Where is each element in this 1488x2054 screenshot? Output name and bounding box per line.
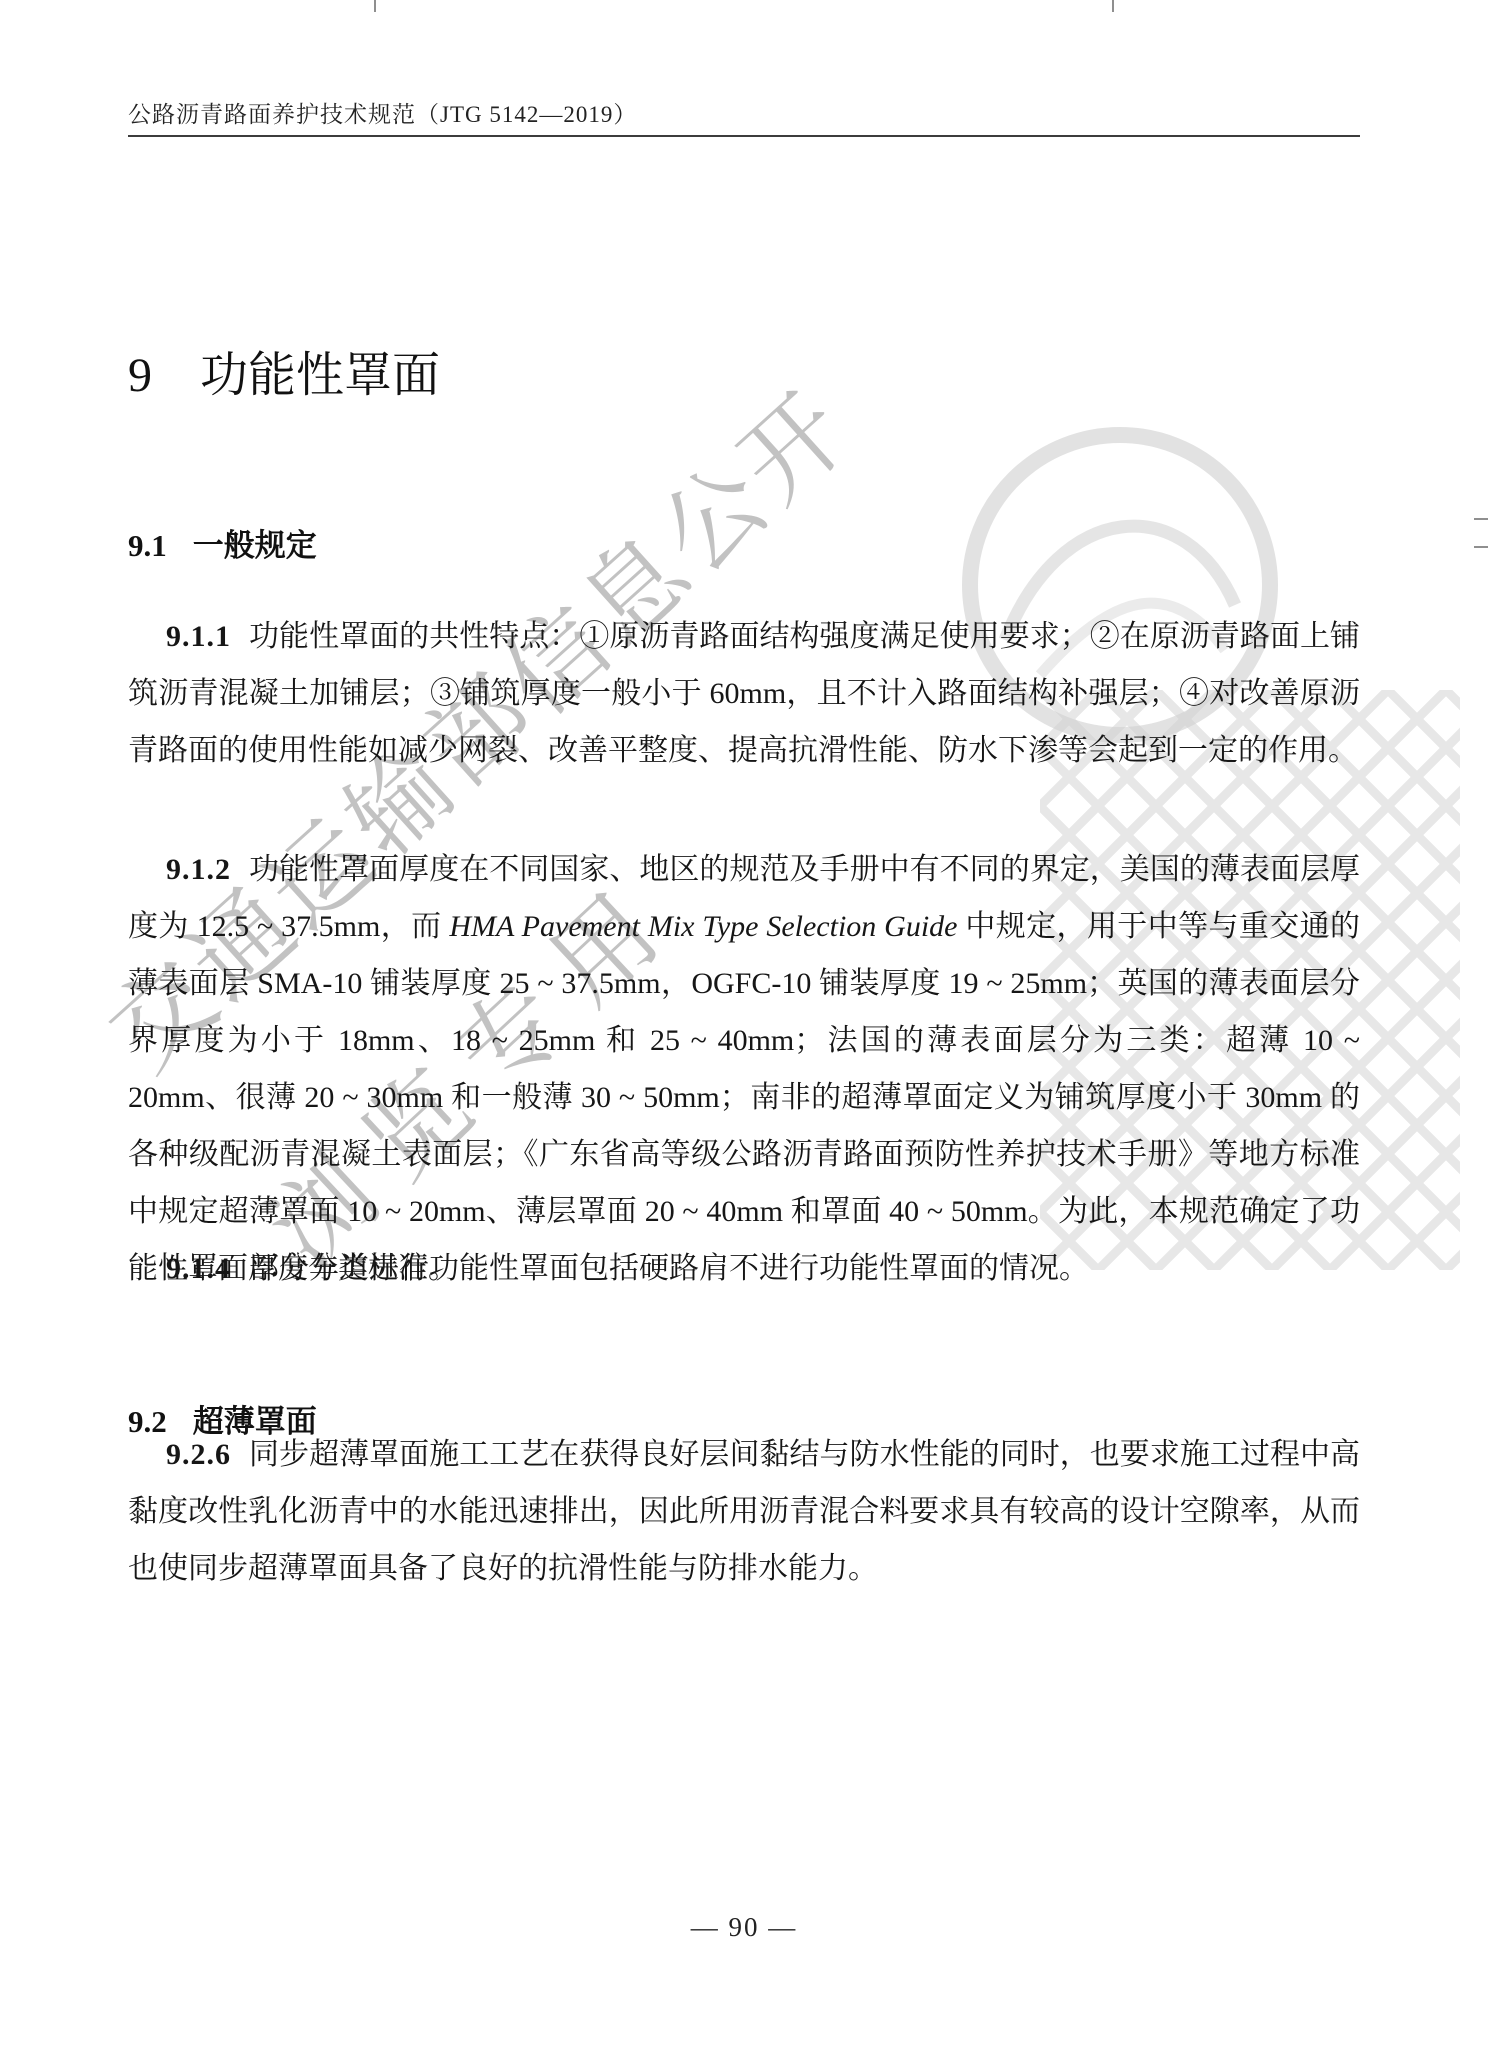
paragraph-text: 功能性罩面的共性特点：①原沥青路面结构强度满足使用要求；②在原沥青路面上铺筑沥青… — [128, 620, 1360, 767]
paragraph-number: 9.1.4 — [166, 1252, 231, 1285]
content-layer: 公路沥青路面养护技术规范（JTG 5142—2019） 9 功能性罩面 9.1 … — [0, 0, 1488, 2054]
paragraph-9-1-4: 9.1.4部分车道进行功能性罩面包括硬路肩不进行功能性罩面的情况。 — [128, 1240, 1360, 1297]
running-header-title: 公路沥青路面养护技术规范（JTG 5142—2019） — [128, 96, 637, 129]
chapter-title: 功能性罩面 — [200, 336, 440, 405]
paragraph-number: 9.2.6 — [166, 1438, 231, 1471]
paragraph-text: 部分车道进行功能性罩面包括硬路肩不进行功能性罩面的情况。 — [249, 1252, 1089, 1285]
paragraph-9-2-6: 9.2.6同步超薄罩面施工工艺在获得良好层间黏结与防水性能的同时，也要求施工过程… — [128, 1426, 1360, 1597]
chapter-heading: 9 功能性罩面 — [128, 336, 440, 405]
paragraph-number: 9.1.2 — [166, 853, 231, 886]
section-heading-9-1: 9.1 一般规定 — [128, 520, 317, 565]
section-title: 一般规定 — [193, 520, 317, 565]
paragraph-9-1-2: 9.1.2功能性罩面厚度在不同国家、地区的规范及手册中有不同的界定，美国的薄表面… — [128, 841, 1360, 1297]
paragraph-text: 中规定，用于中等与重交通的薄表面层 SMA-10 铺装厚度 25 ~ 37.5m… — [128, 910, 1360, 1285]
paragraph-9-1-1: 9.1.1功能性罩面的共性特点：①原沥青路面结构强度满足使用要求；②在原沥青路面… — [128, 608, 1360, 779]
crop-mark — [1474, 518, 1488, 520]
paragraph-number: 9.1.1 — [166, 620, 231, 653]
crop-mark — [1112, 0, 1114, 12]
paragraph-text: 同步超薄罩面施工工艺在获得良好层间黏结与防水性能的同时，也要求施工过程中高黏度改… — [128, 1438, 1360, 1585]
chapter-number: 9 — [128, 348, 152, 403]
header-rule — [128, 135, 1360, 137]
crop-mark — [1474, 546, 1488, 548]
crop-mark — [374, 0, 376, 12]
book-title-italic: HMA Pavement Mix Type Selection Guide — [449, 910, 957, 943]
document-page: 交通运输部信息公开 浏览专用 公路沥青路面养护技术规范（JTG 5142—201… — [0, 0, 1488, 2054]
page-number: — 90 — — [0, 1912, 1488, 1943]
section-number: 9.1 — [128, 528, 167, 564]
